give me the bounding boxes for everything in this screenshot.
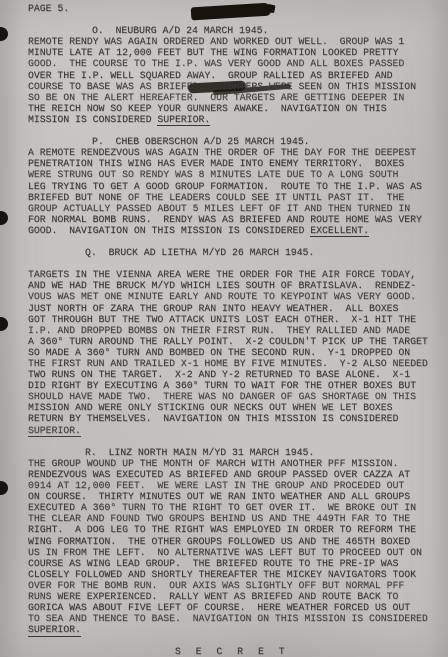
text-line: SHOULD HAVE MADE TWO. THERE WAS NO DANGE… <box>28 391 436 402</box>
text-line: OVER FOR THE BOMB RUN. OUR AXIS WAS SLIG… <box>28 580 436 591</box>
text-line: RIGHT. A DOG LEG TO THE RIGHT WAS EMPLOY… <box>28 524 436 535</box>
text-line: RUNS WERE EXPERIENCED. RALLY WENT AS BRI… <box>28 591 436 602</box>
text-line: FOR NORMAL BOMB RUNS. RENDY WAS AS BRIEF… <box>28 214 436 225</box>
text-line: THE GROUP WOUND UP THE MONTH OF MARCH WI… <box>28 458 436 469</box>
text-line: COURSE AS WING LEAD GROUP. THE BRIEFED R… <box>28 558 436 569</box>
text-line: OVER THE I.P. WELL SQUARED AWAY. GROUP R… <box>28 70 436 81</box>
text-line: TO SEA AND THENCE TO BASE. NAVIGATION ON… <box>28 613 436 624</box>
text-line: COURSE TO BASE WAS AS BRIEFED. FIGHTERS … <box>28 81 436 92</box>
text-line: EXECUTED A 360° TURN TO THE RIGHT TO GET… <box>28 502 436 513</box>
mission-section: Q. BRUCK AD LIETHA M/YD 26 MARCH 1945. T… <box>28 247 436 436</box>
text-line-verdict: MISSION IS CONSIDERED SUPERIOR. <box>28 114 436 125</box>
section-heading: Q. BRUCK AD LIETHA M/YD 26 MARCH 1945. <box>28 247 436 258</box>
text-line: RETURN BY THEMSELVES. NAVIGATION ON THIS… <box>28 413 436 424</box>
text-line-verdict: GOOD. NAVIGATION ON THIS MISSION IS CONS… <box>28 225 436 236</box>
verdict-word: SUPERIOR. <box>28 425 81 438</box>
text-line: CLOSELY FOLLOWED AND SHORTLY THEREAFTER … <box>28 569 436 580</box>
text-line: US IN FROM THE LEFT. NO ALTERNATIVE WAS … <box>28 547 436 558</box>
section-heading: R. LINZ NORTH MAIN M/YD 31 MARCH 1945. <box>28 447 436 458</box>
section-body: TARGETS IN THE VIENNA AREA WERE THE ORDE… <box>28 269 436 435</box>
mission-section: R. LINZ NORTH MAIN M/YD 31 MARCH 1945. T… <box>28 447 436 636</box>
text-line: THE REICH NOW SO KEEP YOUR GUNNERS AWAKE… <box>28 103 436 114</box>
text-line: JUST NORTH OF ZARA THE GROUP RAN INTO HE… <box>28 303 436 314</box>
text-line: MISSION AND WERE ONLY STICKING OUR NECKS… <box>28 402 436 413</box>
text-line: LEG TRYING TO GET A GOOD GROUP FORMATION… <box>28 181 436 192</box>
text-line: REMOTE RENDY WAS AGAIN ORDERED AND WORKE… <box>28 36 436 47</box>
text-line: AND WE HAD THE BRUCK M/YD WHICH LIES SOU… <box>28 280 436 291</box>
text-line: ON COURSE. THIRTY MINUTES OUT WE RAN INT… <box>28 491 436 502</box>
section-body: REMOTE RENDY WAS AGAIN ORDERED AND WORKE… <box>28 36 436 125</box>
page-number-label: PAGE 5. <box>28 3 436 14</box>
text-line-verdict: SUPERIOR. <box>28 624 436 635</box>
verdict-prefix: MISSION IS CONSIDERED <box>28 114 157 125</box>
verdict-word: SUPERIOR. <box>157 114 210 127</box>
text-line: SO MADE A 360° TURN AND BOMBED ON THE SE… <box>28 347 436 358</box>
text-line: WING FORMATION. THE OTHER GROUPS FOLLOWE… <box>28 536 436 547</box>
text-line: BRIEFED BUT NONE OF THE LEADERS COULD SE… <box>28 192 436 203</box>
text-line: VOUS WAS MET ONE MINUTE EARLY AND ROUTE … <box>28 291 436 302</box>
text-line: A REMOTE RENDEZVOUS WAS AGAIN THE ORDER … <box>28 147 436 158</box>
text-line: 0914 AT 12,000 FEET. WE WERE LAST IN THE… <box>28 480 436 491</box>
text-line: GOOD. THE COURSE TO THE I.P. WAS VERY GO… <box>28 58 436 69</box>
section-heading: P. CHEB OBERSCHON A/D 25 MARCH 1945. <box>28 136 436 147</box>
text-line: GROUP ACTUALLY PASSED ABOUT 5 MILES LEFT… <box>28 203 436 214</box>
text-line: I.P. AND DROPPED BOMBS ON THEIR FIRST RU… <box>28 325 436 336</box>
text-line-verdict: SUPERIOR. <box>28 425 436 436</box>
verdict-word: SUPERIOR. <box>28 624 81 637</box>
text-line: PENETRATION THIS WING HAS EVER MADE INTO… <box>28 158 436 169</box>
verdict-prefix: GOOD. NAVIGATION ON THIS MISSION IS CONS… <box>28 225 310 236</box>
classification-footer: S E C R E T <box>28 646 436 657</box>
report-content: PAGE 5. O. NEUBURG A/D 24 MARCH 1945. RE… <box>0 0 448 657</box>
mission-sections: O. NEUBURG A/D 24 MARCH 1945. REMOTE REN… <box>28 25 436 635</box>
secret-stamp: S E C R E T <box>172 646 292 657</box>
section-body: THE GROUP WOUND UP THE MONTH OF MARCH WI… <box>28 458 436 636</box>
mission-section: P. CHEB OBERSCHON A/D 25 MARCH 1945. A R… <box>28 136 436 236</box>
text-line: A 360° TURN AROUND THE RALLY POINT. X-2 … <box>28 336 436 347</box>
text-line: GOT THROUGH BUT THE TWO ATTACK UNITS LOS… <box>28 314 436 325</box>
text-line: MINUTE LATE AT 12,000 FEET BUT THE WING … <box>28 47 436 58</box>
mission-section: O. NEUBURG A/D 24 MARCH 1945. REMOTE REN… <box>28 25 436 125</box>
text-line: THE FIRST RUN AND TRAILED X-1 HOME BY FI… <box>28 358 436 369</box>
text-line: RENDEZVOUS WAS EXECUTED AS BRIEFED AND G… <box>28 469 436 480</box>
text-line: TARGETS IN THE VIENNA AREA WERE THE ORDE… <box>28 269 436 280</box>
verdict-word: EXCELLENT. <box>310 225 369 238</box>
text-line: THE CLEAR AND FOUND TWO GROUPS BEHIND US… <box>28 513 436 524</box>
text-line: GORICA WAS ABOUT FIVE LEFT OF COURSE. HE… <box>28 602 436 613</box>
document-page: PAGE 5. O. NEUBURG A/D 24 MARCH 1945. RE… <box>0 0 448 657</box>
text-line: TWO RUNS ON THE TARGET. X-2 AND Y-2 RETU… <box>28 369 436 380</box>
section-body: A REMOTE RENDEZVOUS WAS AGAIN THE ORDER … <box>28 147 436 236</box>
section-heading: O. NEUBURG A/D 24 MARCH 1945. <box>28 25 436 36</box>
text-line: WERE STRUNG OUT SO RENDY WAS 8 MINUTES L… <box>28 169 436 180</box>
text-line: SO BE ON THE ALERT HEREAFTER. OUR TARGET… <box>28 92 436 103</box>
text-line: DID RIGHT BY EXECUTING A 360° TURN TO WA… <box>28 380 436 391</box>
